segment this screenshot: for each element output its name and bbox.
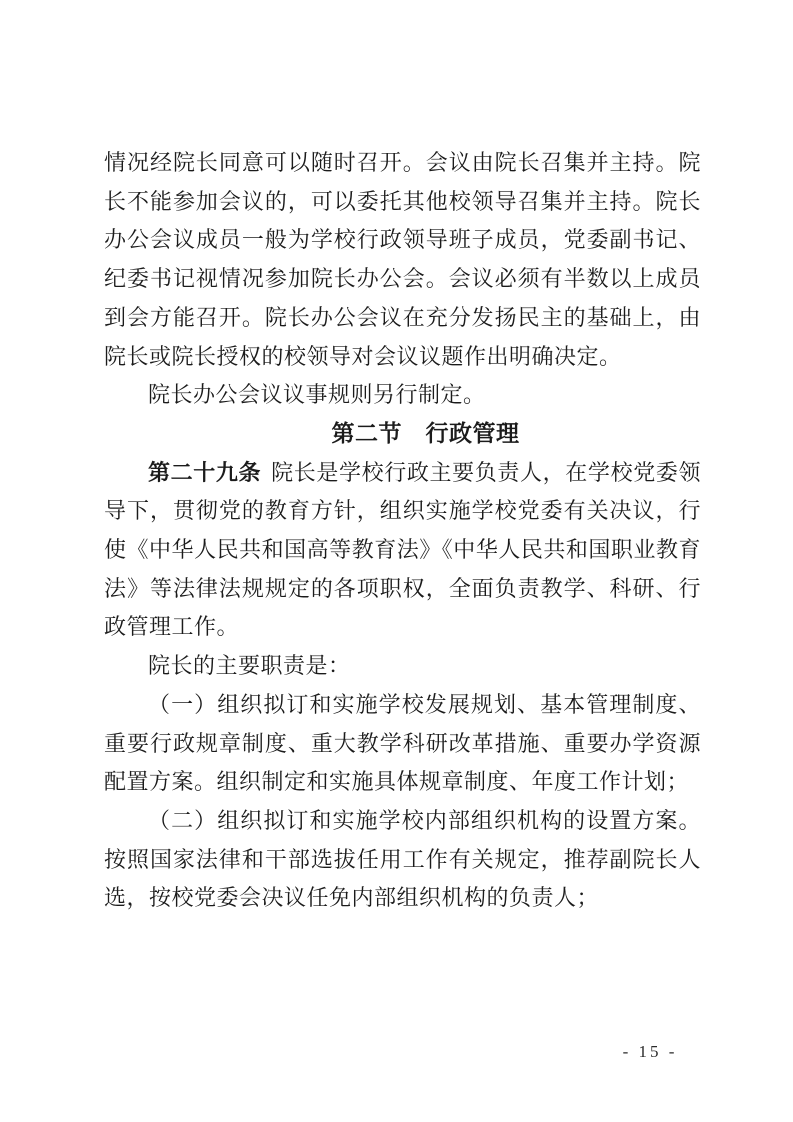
section-heading: 第二节 行政管理 xyxy=(104,415,701,454)
paragraph-meeting-rules: 院长办公会议议事规则另行制定。 xyxy=(104,376,701,415)
article-body-text: 院长是学校行政主要负责人，在学校党委领导下，贯彻党的教育方针，组织实施学校党委有… xyxy=(104,460,701,640)
paragraph-duty-2: （二）组织拟订和实施学校内部组织机构的设置方案。按照国家法律和干部选拔任用工作有… xyxy=(104,802,701,918)
paragraph-article-29: 第二十九条院长是学校行政主要负责人，在学校党委领导下，贯彻党的教育方针，组织实施… xyxy=(104,454,701,648)
article-number: 第二十九条 xyxy=(148,460,261,485)
paragraph-president-meeting: 情况经院长同意可以随时召开。会议由院长召集并主持。院长不能参加会议的，可以委托其… xyxy=(104,144,701,376)
paragraph-duties-intro: 院长的主要职责是： xyxy=(104,647,701,686)
paragraph-duty-1: （一）组织拟订和实施学校发展规划、基本管理制度、重要行政规章制度、重大教学科研改… xyxy=(104,686,701,802)
page-body: 情况经院长同意可以随时召开。会议由院长召集并主持。院长不能参加会议的，可以委托其… xyxy=(104,144,701,918)
document-page: 情况经院长同意可以随时召开。会议由院长召集并主持。院长不能参加会议的，可以委托其… xyxy=(0,0,793,1122)
page-number: - 15 - xyxy=(600,1042,700,1062)
